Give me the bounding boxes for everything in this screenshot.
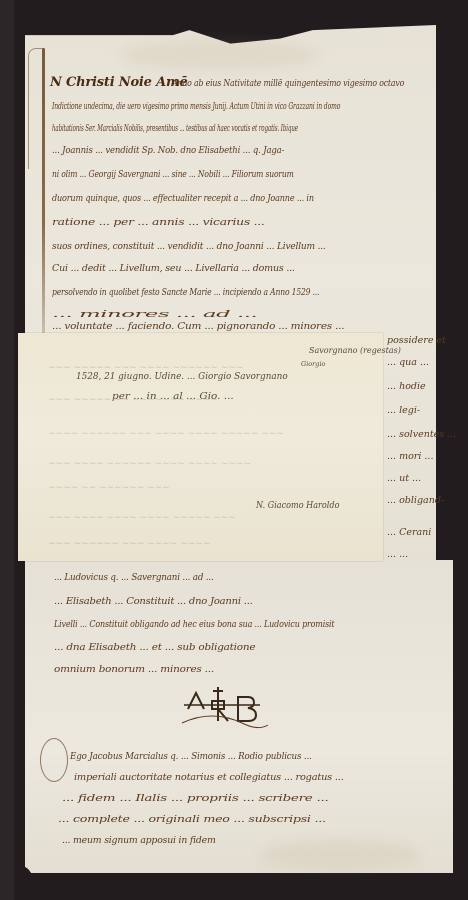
right-margin-text: possidere et ... qua ... ... hodie ... l…	[383, 333, 453, 561]
body-line: Cui ... dedit ... Livellum, seu ... Live…	[52, 264, 295, 274]
slip-line: per ... in ... al ... Gio. ...	[112, 391, 234, 402]
margin-fragment: ... Cerani	[387, 527, 431, 538]
subscription-line: ... fidem ... Ilalis ... propriis ... sc…	[62, 794, 329, 804]
show-through-text: ~~~~ ~~~~~~ ~~~ ~~~~ ~~~~ ~~~~~ ~~~	[48, 429, 284, 439]
invocation: N Christi Noie Amē	[50, 76, 188, 89]
notary-signum-icon	[180, 683, 270, 741]
show-through-text: ~~~~ ~~ ~~~~~~ ~~~	[48, 483, 170, 493]
margin-fragment: ... ...	[387, 549, 408, 560]
subscription-line: Ego Jacobus Marcialus q. ... Simonis ...…	[70, 752, 312, 762]
margin-fragment: ... ut ...	[387, 473, 421, 484]
body-line: ... minores ... ad ...	[52, 310, 257, 320]
body-line: ratione ... per ... annis ... vicarius .…	[52, 218, 265, 228]
stain	[260, 840, 420, 870]
paper-slip: ~~~ ~~~~~ ~~~ ~~~~ ~~~~~~ ~~~ ~~~ ~~~~~ …	[18, 333, 383, 561]
body-line: Livelli ... Constituit obligando ad hec …	[54, 620, 334, 630]
slip-signature: N. Giacomo Haroldo	[256, 501, 339, 511]
body-line: Anno ab eius Nativitate millē quingentes…	[172, 79, 404, 89]
body-line: ... voluntate ... faciendo. Cum ... pign…	[52, 322, 344, 332]
subscription-line: imperiali auctoritate notarius et colleg…	[74, 773, 344, 783]
margin-fragment: ... legi-	[387, 405, 420, 416]
body-line: omnium bonorum ... minores ...	[54, 665, 214, 675]
subscription-flourish	[40, 738, 68, 782]
subscription-line: ... complete ... originali meo ... subsc…	[58, 815, 326, 825]
scan-border	[0, 0, 14, 900]
slip-annotation: Savorgnano (regestas)	[309, 346, 401, 355]
margin-fragment: ... hodie	[387, 381, 426, 392]
margin-fragment: possidere et	[387, 335, 446, 346]
margin-fragment: ... obligand-	[387, 495, 444, 506]
slip-line: 1528, 21 giugno. Udine. ... Giorgio Savo…	[76, 371, 288, 382]
body-line: Indictione undecima, die uero vigesimo p…	[52, 102, 340, 112]
margin-flourish	[28, 48, 43, 169]
subscription-line: ... meum signum apposui in fidem	[62, 836, 216, 846]
margin-fragment: ... mori ...	[387, 451, 433, 462]
body-line: persolvendo in quolibet festo Sancte Mar…	[52, 288, 319, 298]
show-through-text: ~~~ ~~~~ ~~~~~~ ~~~~ ~~~~ ~~~~	[48, 459, 251, 469]
parchment-notch	[230, 25, 290, 35]
margin-rule	[42, 48, 45, 338]
body-line: ... Ludovicus q. ... Savergnani ... ad .…	[54, 573, 214, 583]
body-line: ... dna Elisabeth ... et ... sub obligat…	[54, 643, 255, 653]
notary-signum	[180, 683, 270, 741]
margin-fragment: ... solventes ...	[387, 429, 456, 440]
show-through-text: ~~~ ~~~~~~ ~~~ ~~~~ ~~~~	[48, 539, 210, 549]
margin-fragment: ... qua ...	[387, 357, 429, 368]
body-line: ... Joannis ... vendidit Sp. Nob. dno El…	[52, 146, 284, 156]
body-line: ... Elisabeth ... Constituit ... dno Joa…	[54, 597, 253, 607]
show-through-text: ~~~ ~~~~ ~~~~ ~~~~ ~~~~~ ~~~	[48, 513, 236, 523]
slip-annotation-small: Giorgio	[301, 360, 325, 368]
stain	[120, 40, 320, 70]
body-line: ni olim ... Georgij Savergnani ... sine …	[52, 170, 294, 180]
body-line: suos ordines, constituit ... vendidit ..…	[52, 242, 326, 252]
body-line: habitationis Ser. Marcialis Nobilis, pre…	[52, 124, 298, 134]
body-line: duorum quinque, quos ... effectualiter r…	[52, 194, 314, 204]
